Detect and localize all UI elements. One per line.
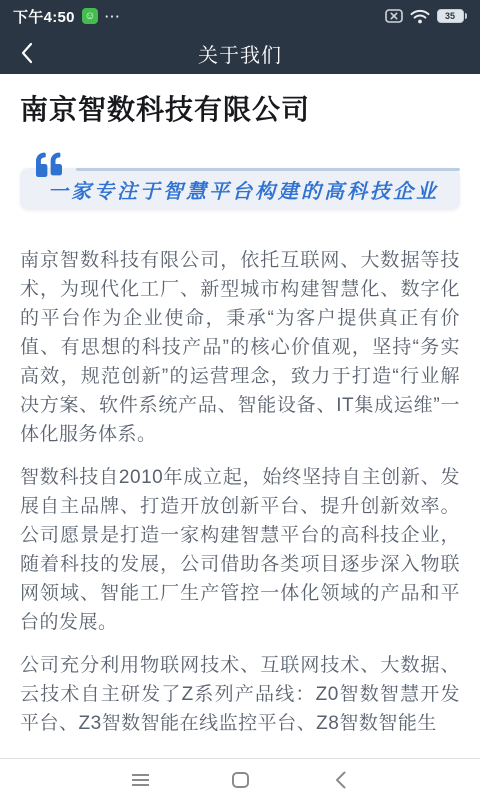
about-paragraph: 南京智数科技有限公司，依托互联网、大数据等技术，为现代化工厂、新型城市构建智慧化… [20, 246, 460, 449]
battery-nub [465, 13, 468, 19]
divider-line [76, 168, 460, 171]
hamburger-icon [132, 774, 149, 786]
double-quote-icon [33, 151, 65, 177]
about-paragraphs: 南京智数科技有限公司，依托互联网、大数据等技术，为现代化工厂、新型城市构建智慧化… [20, 246, 460, 738]
page-title: 关于我们 [198, 39, 282, 68]
wifi-icon [410, 9, 430, 24]
back-button[interactable] [14, 32, 39, 74]
about-scroll-area[interactable]: 南京智数科技有限公司 一家专注于智慧平台构建的高科技企业 南京智数科技有限公司，… [0, 74, 480, 758]
status-bar: 下午4:50 ☺ ··· 35 [0, 0, 480, 32]
slogan-text: 一家专注于智慧平台构建的高科技企业 [48, 175, 439, 204]
battery-icon: 35 [437, 9, 468, 23]
chevron-left-icon [20, 42, 33, 64]
no-sim-icon [385, 9, 403, 23]
chevron-left-icon [335, 771, 346, 789]
slogan-banner: 一家专注于智慧平台构建的高科技企业 [20, 168, 460, 210]
about-paragraph: 公司充分利用物联网技术、互联网技术、大数据、云技术自主研发了Z系列产品线：Z0智… [20, 651, 460, 738]
about-paragraph: 智数科技自2010年成立起，始终坚持自主创新、发展自主品牌、打造开放创新平台、提… [20, 463, 460, 637]
recents-menu-button[interactable] [124, 764, 156, 796]
slogan-bar: 一家专注于智慧平台构建的高科技企业 [20, 168, 460, 210]
battery-level-text: 35 [437, 9, 464, 23]
company-name: 南京智数科技有限公司 [20, 92, 460, 128]
clock: 下午4:50 [13, 6, 75, 27]
phone-screen: 下午4:50 ☺ ··· 35 关于我们 [0, 0, 480, 800]
android-back-button[interactable] [324, 764, 356, 796]
app-header: 关于我们 [0, 32, 480, 74]
more-notifications-icon: ··· [105, 9, 121, 24]
android-navigation-bar [0, 758, 480, 800]
smiley-app-badge-icon: ☺ [82, 8, 98, 24]
rounded-square-icon [232, 772, 249, 788]
home-button[interactable] [224, 764, 256, 796]
